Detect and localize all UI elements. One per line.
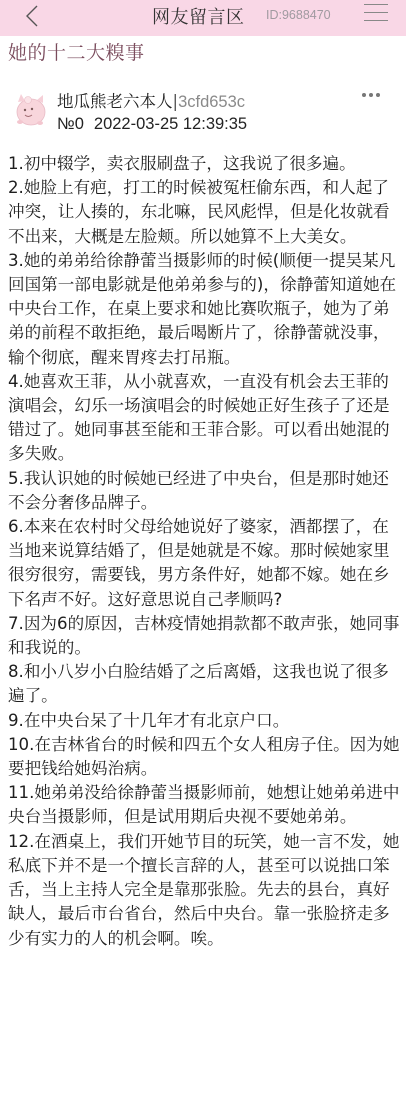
post-paragraph-12: 12.在酒桌上，我们开她节目的玩笑，她一言不发，她私底下并不是一个擅长言辞的人，… [8, 830, 400, 951]
post-paragraph-3: 3.她的弟弟给徐静蕾当摄影师的时候(顺便一提吴某凡回国第一部电影就是他弟弟参与的… [8, 249, 400, 370]
more-options-button[interactable] [362, 90, 384, 100]
post-timestamp: 2022-03-25 12:39:35 [94, 115, 247, 133]
more-dots-icon-dot [369, 93, 373, 97]
post-paragraph-7: 7.因为6的原因，吉林疫情她捐款都不敢声张，她同事和我说的。 [8, 612, 400, 660]
post-paragraph-9: 9.在中央台呆了十几年才有北京户口。 [8, 709, 400, 733]
chevron-left-icon [22, 4, 44, 28]
pink-cartoon-avatar-icon [10, 88, 50, 128]
top-nav-bar: 网友留言区 ID:9688470 [0, 0, 406, 36]
author-line: 地瓜熊老六本人|3cfd653c [57, 88, 245, 112]
post-meta: №02022-03-25 12:39:35 [57, 115, 247, 134]
post-paragraph-8: 8.和小八岁小白脸结婚了之后离婚，这我也说了很多遍了。 [8, 660, 400, 708]
post-body: 1.初中辍学，卖衣服刷盘子，这我说了很多遍。 2.她脸上有疤，打工的时候被冤枉偷… [8, 152, 400, 951]
board-id-label: ID:9688470 [266, 8, 331, 22]
page-title: 她的十二大糗事 [8, 38, 145, 65]
post-paragraph-11: 11.她弟弟没给徐静蕾当摄影师前，她想让她弟弟进中央台当摄影师，但是试用期后央视… [8, 781, 400, 829]
author-name[interactable]: 地瓜熊老六本人 [57, 92, 173, 111]
author-id: 3cfd653c [178, 93, 245, 111]
more-dots-icon-dot [376, 93, 380, 97]
avatar[interactable] [10, 88, 50, 128]
menu-button[interactable] [364, 2, 388, 22]
post-header: 地瓜熊老六本人|3cfd653c №02022-03-25 12:39:35 [0, 84, 406, 144]
post-paragraph-2: 2.她脸上有疤，打工的时候被冤枉偷东西，和人起了冲突，让人揍的，东北嘛，民风彪悍… [8, 176, 400, 249]
floor-number: №0 [57, 115, 84, 133]
back-button[interactable] [22, 4, 44, 28]
hamburger-menu-icon-line [364, 12, 388, 13]
hamburger-menu-icon [364, 4, 388, 5]
post-paragraph-10: 10.在吉林省台的时候和四五个女人租房子住。因为她要把钱给她妈治病。 [8, 733, 400, 781]
more-dots-icon [362, 93, 366, 97]
hamburger-menu-icon-line [364, 20, 388, 21]
post-paragraph-1: 1.初中辍学，卖衣服刷盘子，这我说了很多遍。 [8, 152, 400, 176]
post-paragraph-6: 6.本来在农村时父母给她说好了婆家，酒都摆了，在当地来说算结婚了，但是她就是不嫁… [8, 515, 400, 612]
post-paragraph-4: 4.她喜欢王菲，从小就喜欢，一直没有机会去王菲的演唱会，幻乐一场演唱会的时候她正… [8, 370, 400, 467]
post-paragraph-5: 5.我认识她的时候她已经进了中央台，但是那时她还不会分奢侈品牌子。 [8, 467, 400, 515]
topbar-title: 网友留言区 [152, 3, 245, 29]
